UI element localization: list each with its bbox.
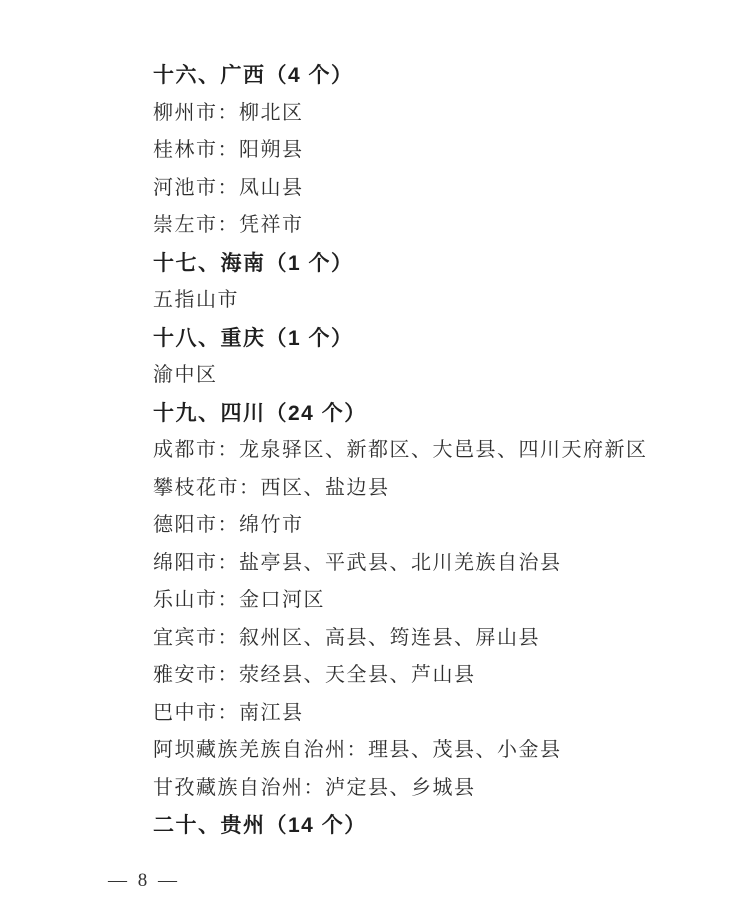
list-line: 渝中区: [153, 357, 690, 395]
list-line: 成都市：龙泉驿区、新都区、大邑县、四川天府新区: [153, 432, 690, 470]
list-line: 攀枝花市：西区、盐边县: [153, 470, 690, 508]
section-heading-sichuan: 十九、四川（24 个）: [153, 395, 690, 433]
page-number: — 8 —: [108, 866, 180, 896]
list-line: 崇左市：凭祥市: [153, 207, 690, 245]
list-line: 绵阳市：盐亭县、平武县、北川羌族自治县: [153, 545, 690, 583]
section-heading-guizhou: 二十、贵州（14 个）: [153, 807, 690, 845]
list-line: 德阳市：绵竹市: [153, 507, 690, 545]
section-heading-guangxi: 十六、广西（4 个）: [153, 57, 690, 95]
list-line: 桂林市：阳朔县: [153, 132, 690, 170]
list-line: 河池市：凤山县: [153, 170, 690, 208]
list-line: 柳州市：柳北区: [153, 95, 690, 133]
list-line: 五指山市: [153, 282, 690, 320]
document-body: 十六、广西（4 个） 柳州市：柳北区 桂林市：阳朔县 河池市：凤山县 崇左市：凭…: [153, 57, 690, 845]
section-heading-chongqing: 十八、重庆（1 个）: [153, 320, 690, 358]
list-line: 宜宾市：叙州区、高县、筠连县、屏山县: [153, 620, 690, 658]
list-line: 乐山市：金口河区: [153, 582, 690, 620]
list-line: 雅安市：荥经县、天全县、芦山县: [153, 657, 690, 695]
list-line: 巴中市：南江县: [153, 695, 690, 733]
document-page: 十六、广西（4 个） 柳州市：柳北区 桂林市：阳朔县 河池市：凤山县 崇左市：凭…: [0, 0, 750, 908]
list-line: 甘孜藏族自治州：泸定县、乡城县: [153, 770, 690, 808]
list-line: 阿坝藏族羌族自治州：理县、茂县、小金县: [153, 732, 690, 770]
section-heading-hainan: 十七、海南（1 个）: [153, 245, 690, 283]
